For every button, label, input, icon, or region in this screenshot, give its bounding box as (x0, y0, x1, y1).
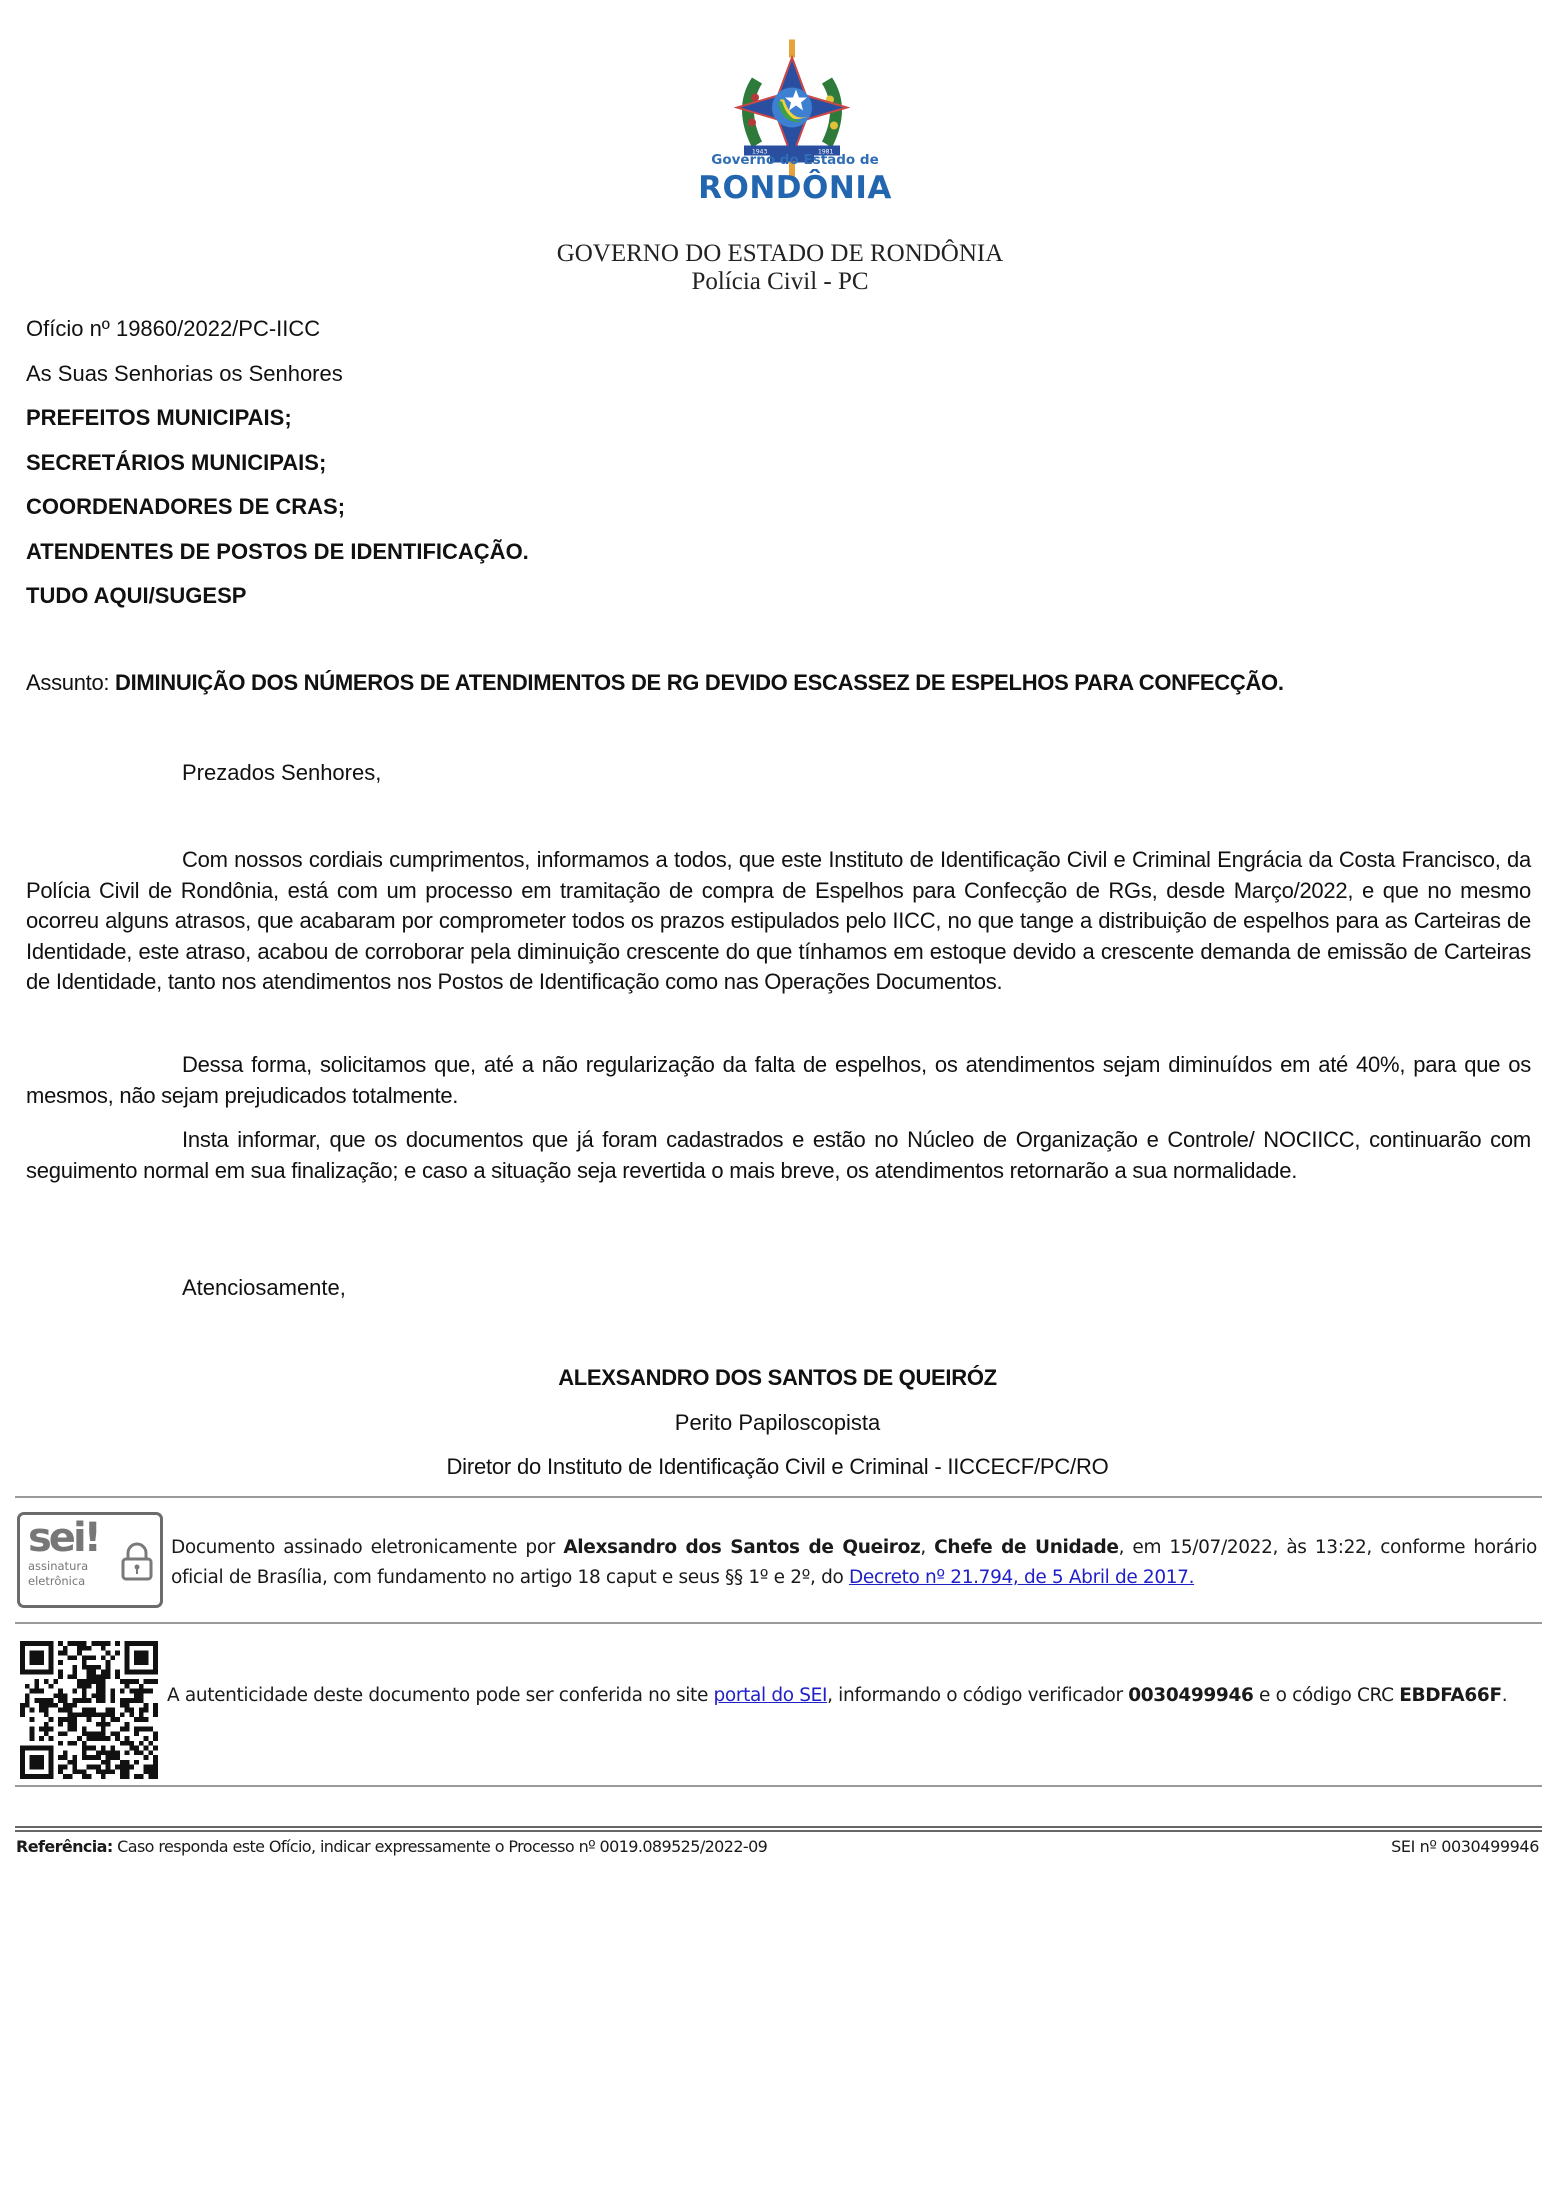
recipient-line: COORDENADORES DE CRAS; (26, 492, 529, 537)
footer-divider (15, 1830, 1542, 1832)
logo-government-text: Governo do Estado de (700, 152, 890, 168)
document-header: GOVERNO DO ESTADO DE RONDÔNIA Polícia Ci… (500, 240, 1060, 296)
footer-divider (15, 1826, 1542, 1828)
period: . (1502, 1685, 1508, 1706)
subject-label: Assunto: (26, 670, 109, 695)
sei-logo-text: sei! (28, 1515, 99, 1561)
recipient-line: TUDO AQUI/SUGESP (26, 581, 529, 626)
authenticity-text: A autenticidade deste documento pode ser… (167, 1681, 1537, 1711)
recipients-block: Ofício nº 19860/2022/PC-IICC As Suas Sen… (26, 314, 529, 626)
body-paragraph: Dessa forma, solicitamos que, até a não … (26, 1050, 1531, 1111)
agency-name: Polícia Civil - PC (500, 268, 1060, 296)
verifier-code: 0030499946 (1128, 1685, 1253, 1706)
crc-label: e o código CRC (1254, 1685, 1400, 1706)
subject-text: DIMINUIÇÃO DOS NÚMEROS DE ATENDIMENTOS D… (115, 670, 1284, 695)
closing: Atenciosamente, (182, 1275, 346, 1301)
signatory-role: Perito Papiloscopista (0, 1410, 1555, 1436)
body-paragraph: Insta informar, que os documentos que já… (26, 1125, 1531, 1186)
footer-sei-number: SEI nº 0030499946 (1391, 1837, 1539, 1856)
sei-signature-badge: sei! assinatura eletrônica (17, 1512, 163, 1608)
signer-position: Chefe de Unidade (934, 1537, 1118, 1558)
decree-link[interactable]: Decreto nº 21.794, de 5 Abril de 2017. (849, 1567, 1194, 1588)
recipient-line: SECRETÁRIOS MUNICIPAIS; (26, 448, 529, 493)
paragraph-text: Dessa forma, solicitamos que, até a não … (26, 1052, 1531, 1108)
divider (15, 1622, 1542, 1624)
recipient-line: PREFEITOS MUNICIPAIS; (26, 403, 529, 448)
authenticity-middle: , informando o código verificador (827, 1685, 1128, 1706)
divider (15, 1785, 1542, 1787)
signatory-name: ALEXSANDRO DOS SANTOS DE QUEIRÓZ (0, 1365, 1555, 1391)
signature-prefix: Documento assinado eletronicamente por (171, 1537, 563, 1558)
signer-name: Alexsandro dos Santos de Queiroz (563, 1537, 920, 1558)
qr-code-icon (20, 1641, 158, 1779)
sei-badge-subtitle: eletrônica (28, 1575, 85, 1588)
divider (15, 1496, 1542, 1498)
address-line: As Suas Senhorias os Senhores (26, 359, 529, 404)
signatory-department: Diretor do Instituto de Identificação Ci… (0, 1454, 1555, 1480)
sei-badge-subtitle: assinatura (28, 1560, 88, 1573)
government-name: GOVERNO DO ESTADO DE RONDÔNIA (500, 240, 1060, 268)
paragraph-text: Com nossos cordiais cumprimentos, inform… (26, 847, 1531, 994)
recipient-line: ATENDENTES DE POSTOS DE IDENTIFICAÇÃO. (26, 537, 529, 582)
logo-state-name: RONDÔNIA (690, 170, 900, 206)
oficio-number: Ofício nº 19860/2022/PC-IICC (26, 314, 529, 359)
reference-label: Referência: (16, 1837, 113, 1856)
separator: , (920, 1537, 934, 1558)
reference-text: Caso responda este Ofício, indicar expre… (113, 1837, 768, 1856)
authenticity-prefix: A autenticidade deste documento pode ser… (167, 1685, 714, 1706)
subject-line: Assunto: DIMINUIÇÃO DOS NÚMEROS DE ATEND… (26, 670, 1284, 696)
body-paragraph: Com nossos cordiais cumprimentos, inform… (26, 845, 1531, 998)
lock-icon (120, 1542, 154, 1582)
electronic-signature-text: Documento assinado eletronicamente por A… (171, 1533, 1537, 1593)
footer-reference: Referência: Caso responda este Ofício, i… (16, 1837, 767, 1856)
sei-portal-link[interactable]: portal do SEI (714, 1685, 828, 1706)
crc-code: EBDFA66F (1399, 1685, 1502, 1706)
paragraph-text: Insta informar, que os documentos que já… (26, 1127, 1531, 1183)
salutation: Prezados Senhores, (182, 760, 381, 786)
